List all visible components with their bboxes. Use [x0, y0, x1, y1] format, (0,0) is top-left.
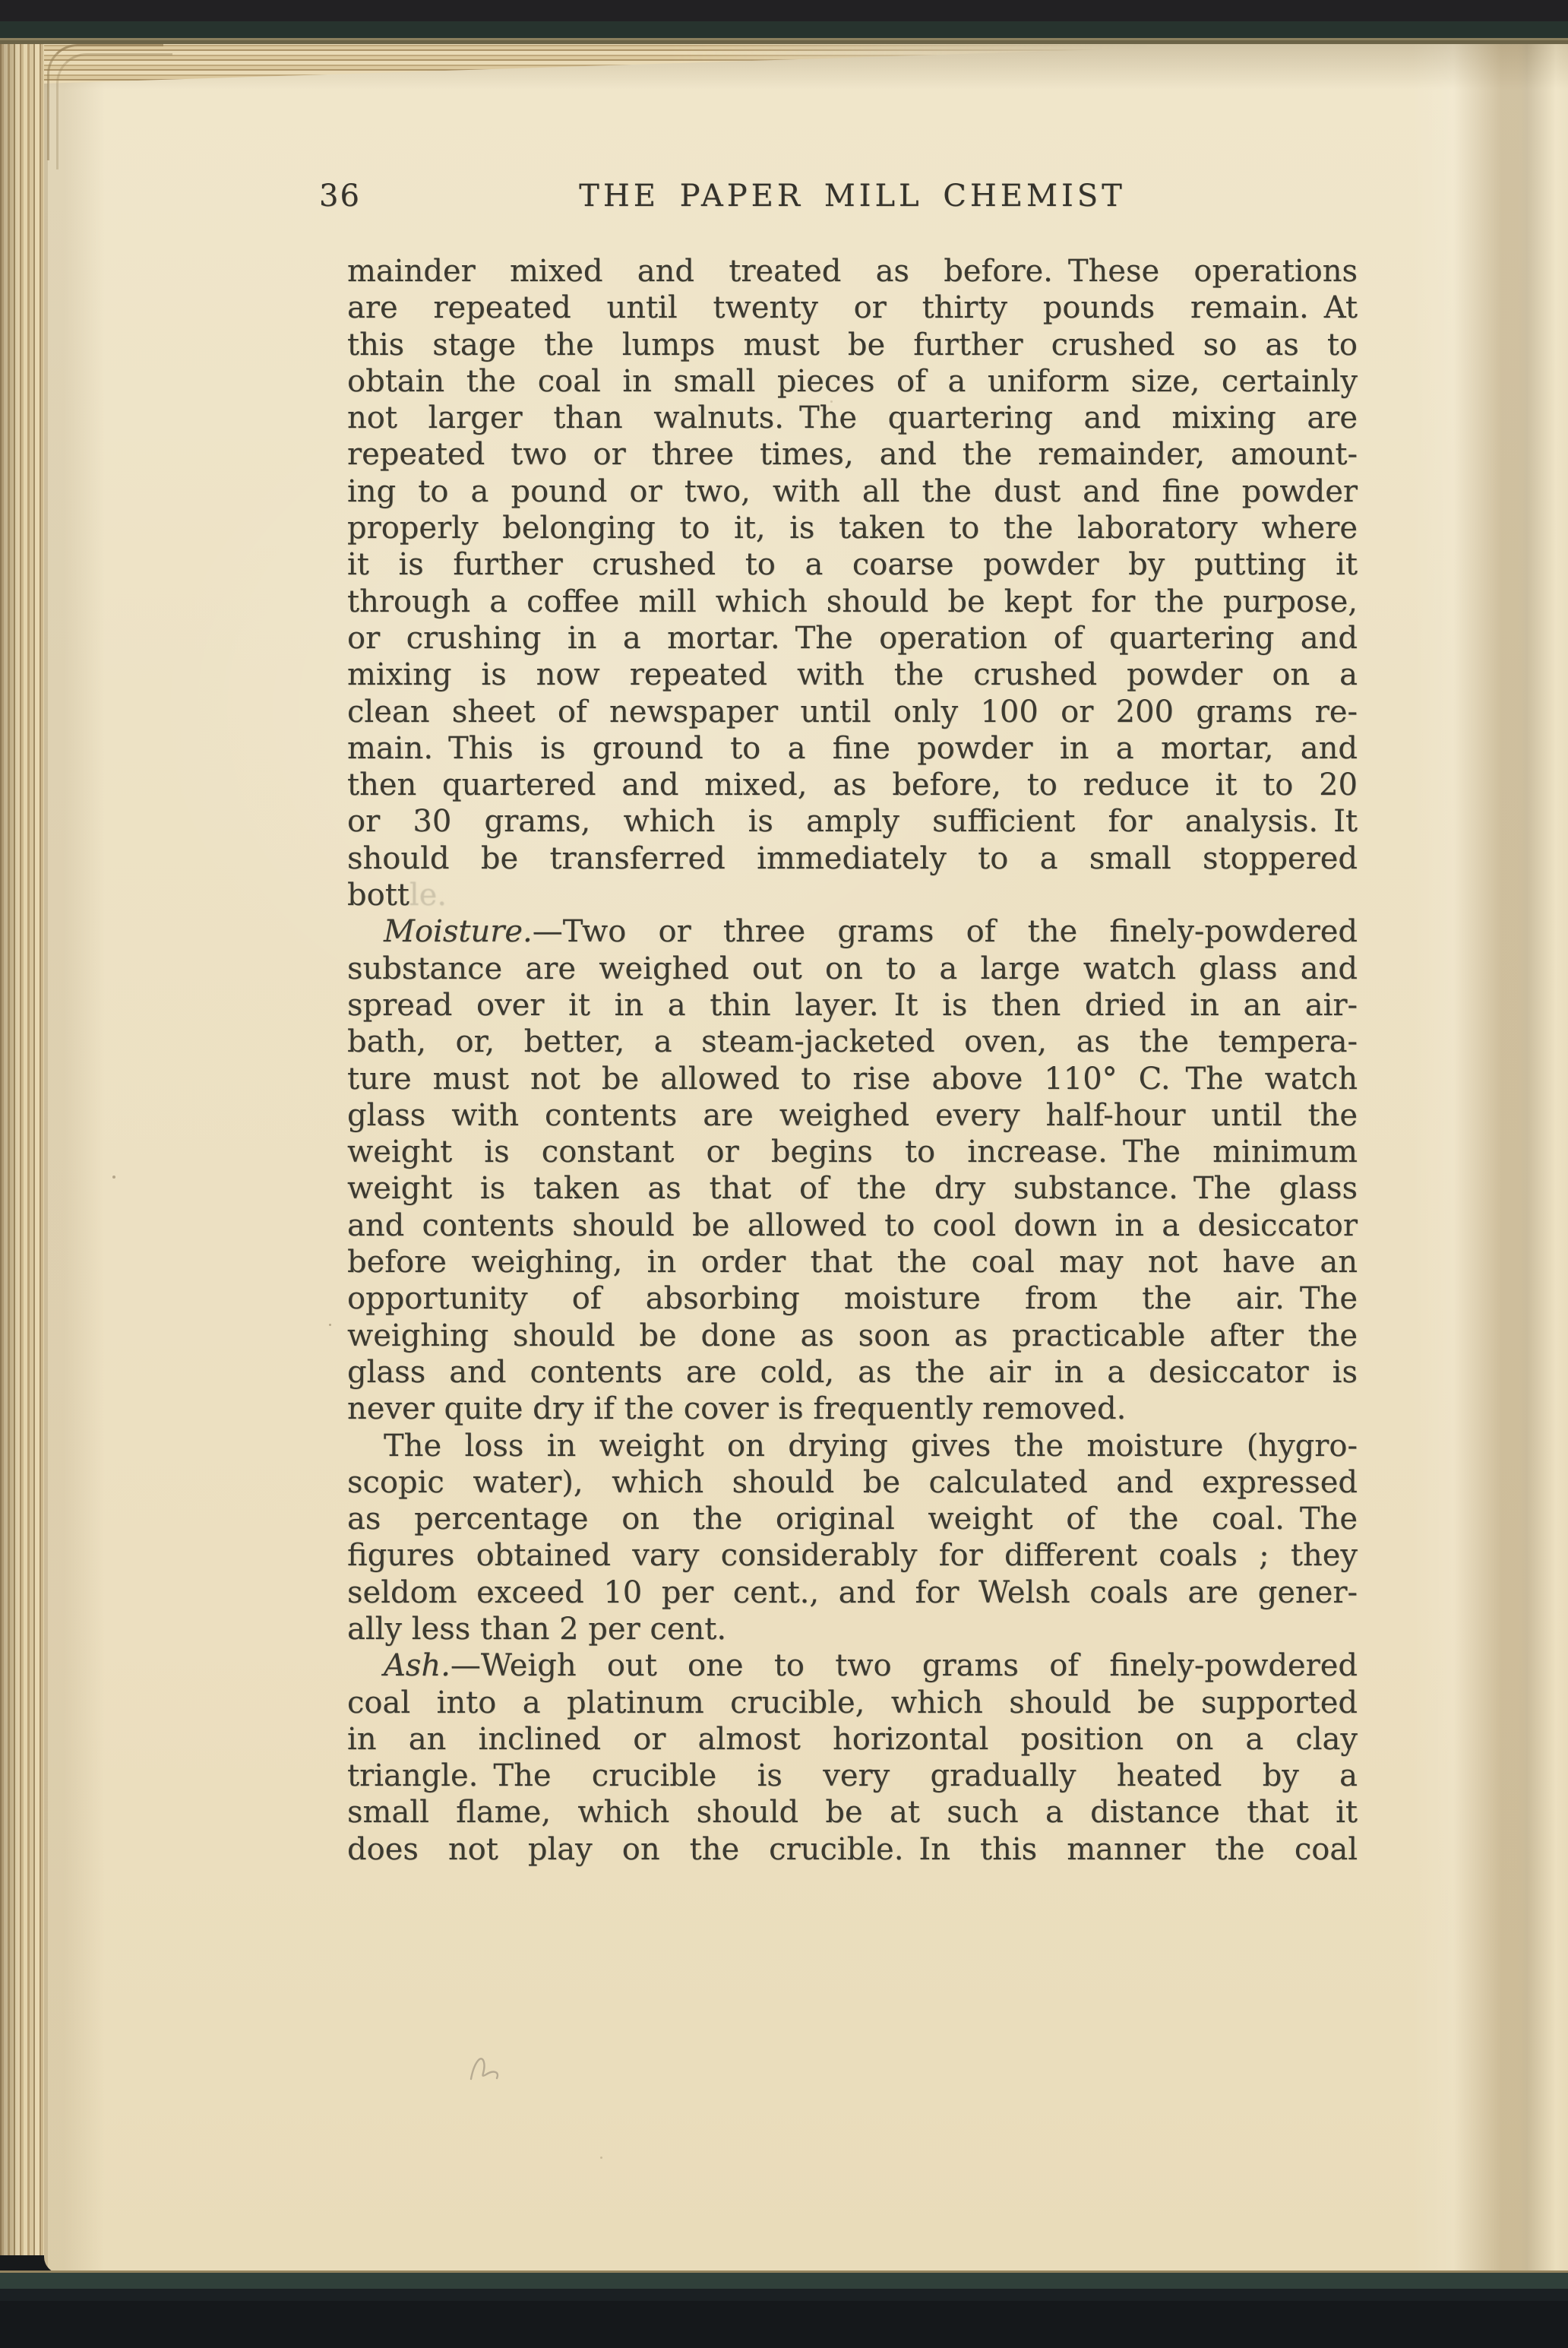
text-line: Ash.—Weigh out one to two grams of finel… — [347, 1647, 1358, 1684]
text-line: opportunity of absorbing moisture from t… — [347, 1280, 1358, 1317]
text-line: or 30 grams, which is amply sufficient f… — [347, 803, 1358, 840]
text-line: then quartered and mixed, as before, to … — [347, 767, 1358, 803]
pencil-mark — [465, 2047, 518, 2090]
text-segment: le. — [409, 878, 447, 913]
text-line: glass and contents are cold, as the air … — [347, 1354, 1358, 1391]
text-line: weight is taken as that of the dry subst… — [347, 1170, 1358, 1207]
text-line: substance are weighed out on to a large … — [347, 951, 1358, 987]
text-line: are repeated until twenty or thirty poun… — [347, 290, 1358, 326]
text-line: repeated two or three times, and the rem… — [347, 436, 1358, 473]
book-cover-top — [0, 0, 1568, 44]
text-line: mainder mixed and treated as before. The… — [347, 253, 1358, 290]
text-line: scopic water), which should be calculate… — [347, 1464, 1358, 1501]
text-block: mainder mixed and treated as before. The… — [347, 253, 1358, 1868]
photo-of-book-page: { "page": { "number": "36", "running_tit… — [0, 0, 1568, 2348]
text-line: before weighing, in order that the coal … — [347, 1244, 1358, 1280]
paper-speck — [329, 1324, 331, 1326]
paper-speck — [830, 400, 833, 403]
text-line: properly belonging to it, is taken to th… — [347, 510, 1358, 546]
paper-speck — [600, 2157, 602, 2159]
italic-lead: Moisture. — [384, 914, 533, 949]
text-line: obtain the coal in small pieces of a uni… — [347, 363, 1358, 400]
text-line: does not play on the crucible. In this m… — [347, 1831, 1358, 1868]
text-line: this stage the lumps must be further cru… — [347, 327, 1358, 363]
text-line: not larger than walnuts. The quartering … — [347, 400, 1358, 436]
text-line: seldom exceed 10 per cent., and for Wels… — [347, 1574, 1358, 1611]
text-line: and contents should be allowed to cool d… — [347, 1207, 1358, 1244]
book-cover-bottom — [0, 2270, 1568, 2348]
running-title: THE PAPER MILL CHEMIST — [347, 177, 1358, 214]
text-line: as percentage on the original weight of … — [347, 1501, 1358, 1537]
page-text: 36 THE PAPER MILL CHEMIST mainder mixed … — [347, 177, 1358, 1868]
text-line: in an inclined or almost horizontal posi… — [347, 1721, 1358, 1758]
text-line: should be transferred immediately to a s… — [347, 840, 1358, 877]
italic-lead: Ash. — [384, 1648, 450, 1683]
text-segment: —Two or three grams of the finely-powder… — [533, 914, 1358, 949]
text-line: The loss in weight on drying gives the m… — [347, 1428, 1358, 1464]
text-line: mixing is now repeated with the crushed … — [347, 657, 1358, 693]
text-line: bath, or, better, a steam-jacketed oven,… — [347, 1024, 1358, 1060]
text-line: spread over it in a thin layer. It is th… — [347, 987, 1358, 1024]
text-line: ally less than 2 per cent. — [347, 1611, 1358, 1647]
text-line: figures obtained vary considerably for d… — [347, 1537, 1358, 1574]
text-line: through a coffee mill which should be ke… — [347, 584, 1358, 620]
text-line: ing to a pound or two, with all the dust… — [347, 473, 1358, 510]
text-line: triangle. The crucible is very gradually… — [347, 1758, 1358, 1794]
text-line: coal into a platinum crucible, which sho… — [347, 1685, 1358, 1721]
text-line: small flame, which should be at such a d… — [347, 1794, 1358, 1831]
page-number: 36 — [319, 179, 361, 214]
text-line: it is further crushed to a coarse powder… — [347, 546, 1358, 583]
text-line: main. This is ground to a fine powder in… — [347, 730, 1358, 767]
text-line: bottle. — [347, 877, 1358, 913]
text-line: glass with contents are weighed every ha… — [347, 1097, 1358, 1134]
text-line: weight is constant or begins to increase… — [347, 1134, 1358, 1170]
page-header: 36 THE PAPER MILL CHEMIST — [347, 177, 1358, 253]
text-line: or crushing in a mortar. The operation o… — [347, 620, 1358, 657]
text-line: clean sheet of newspaper until only 100 … — [347, 694, 1358, 730]
text-line: ture must not be allowed to rise above 1… — [347, 1061, 1358, 1097]
text-segment: —Weigh out one to two grams of finely-po… — [450, 1648, 1358, 1683]
text-line: weighing should be done as soon as pract… — [347, 1318, 1358, 1354]
text-line: never quite dry if the cover is frequent… — [347, 1391, 1358, 1427]
text-segment: bott — [347, 878, 409, 913]
text-line: Moisture.—Two or three grams of the fine… — [347, 913, 1358, 950]
paper-speck — [112, 1176, 115, 1179]
